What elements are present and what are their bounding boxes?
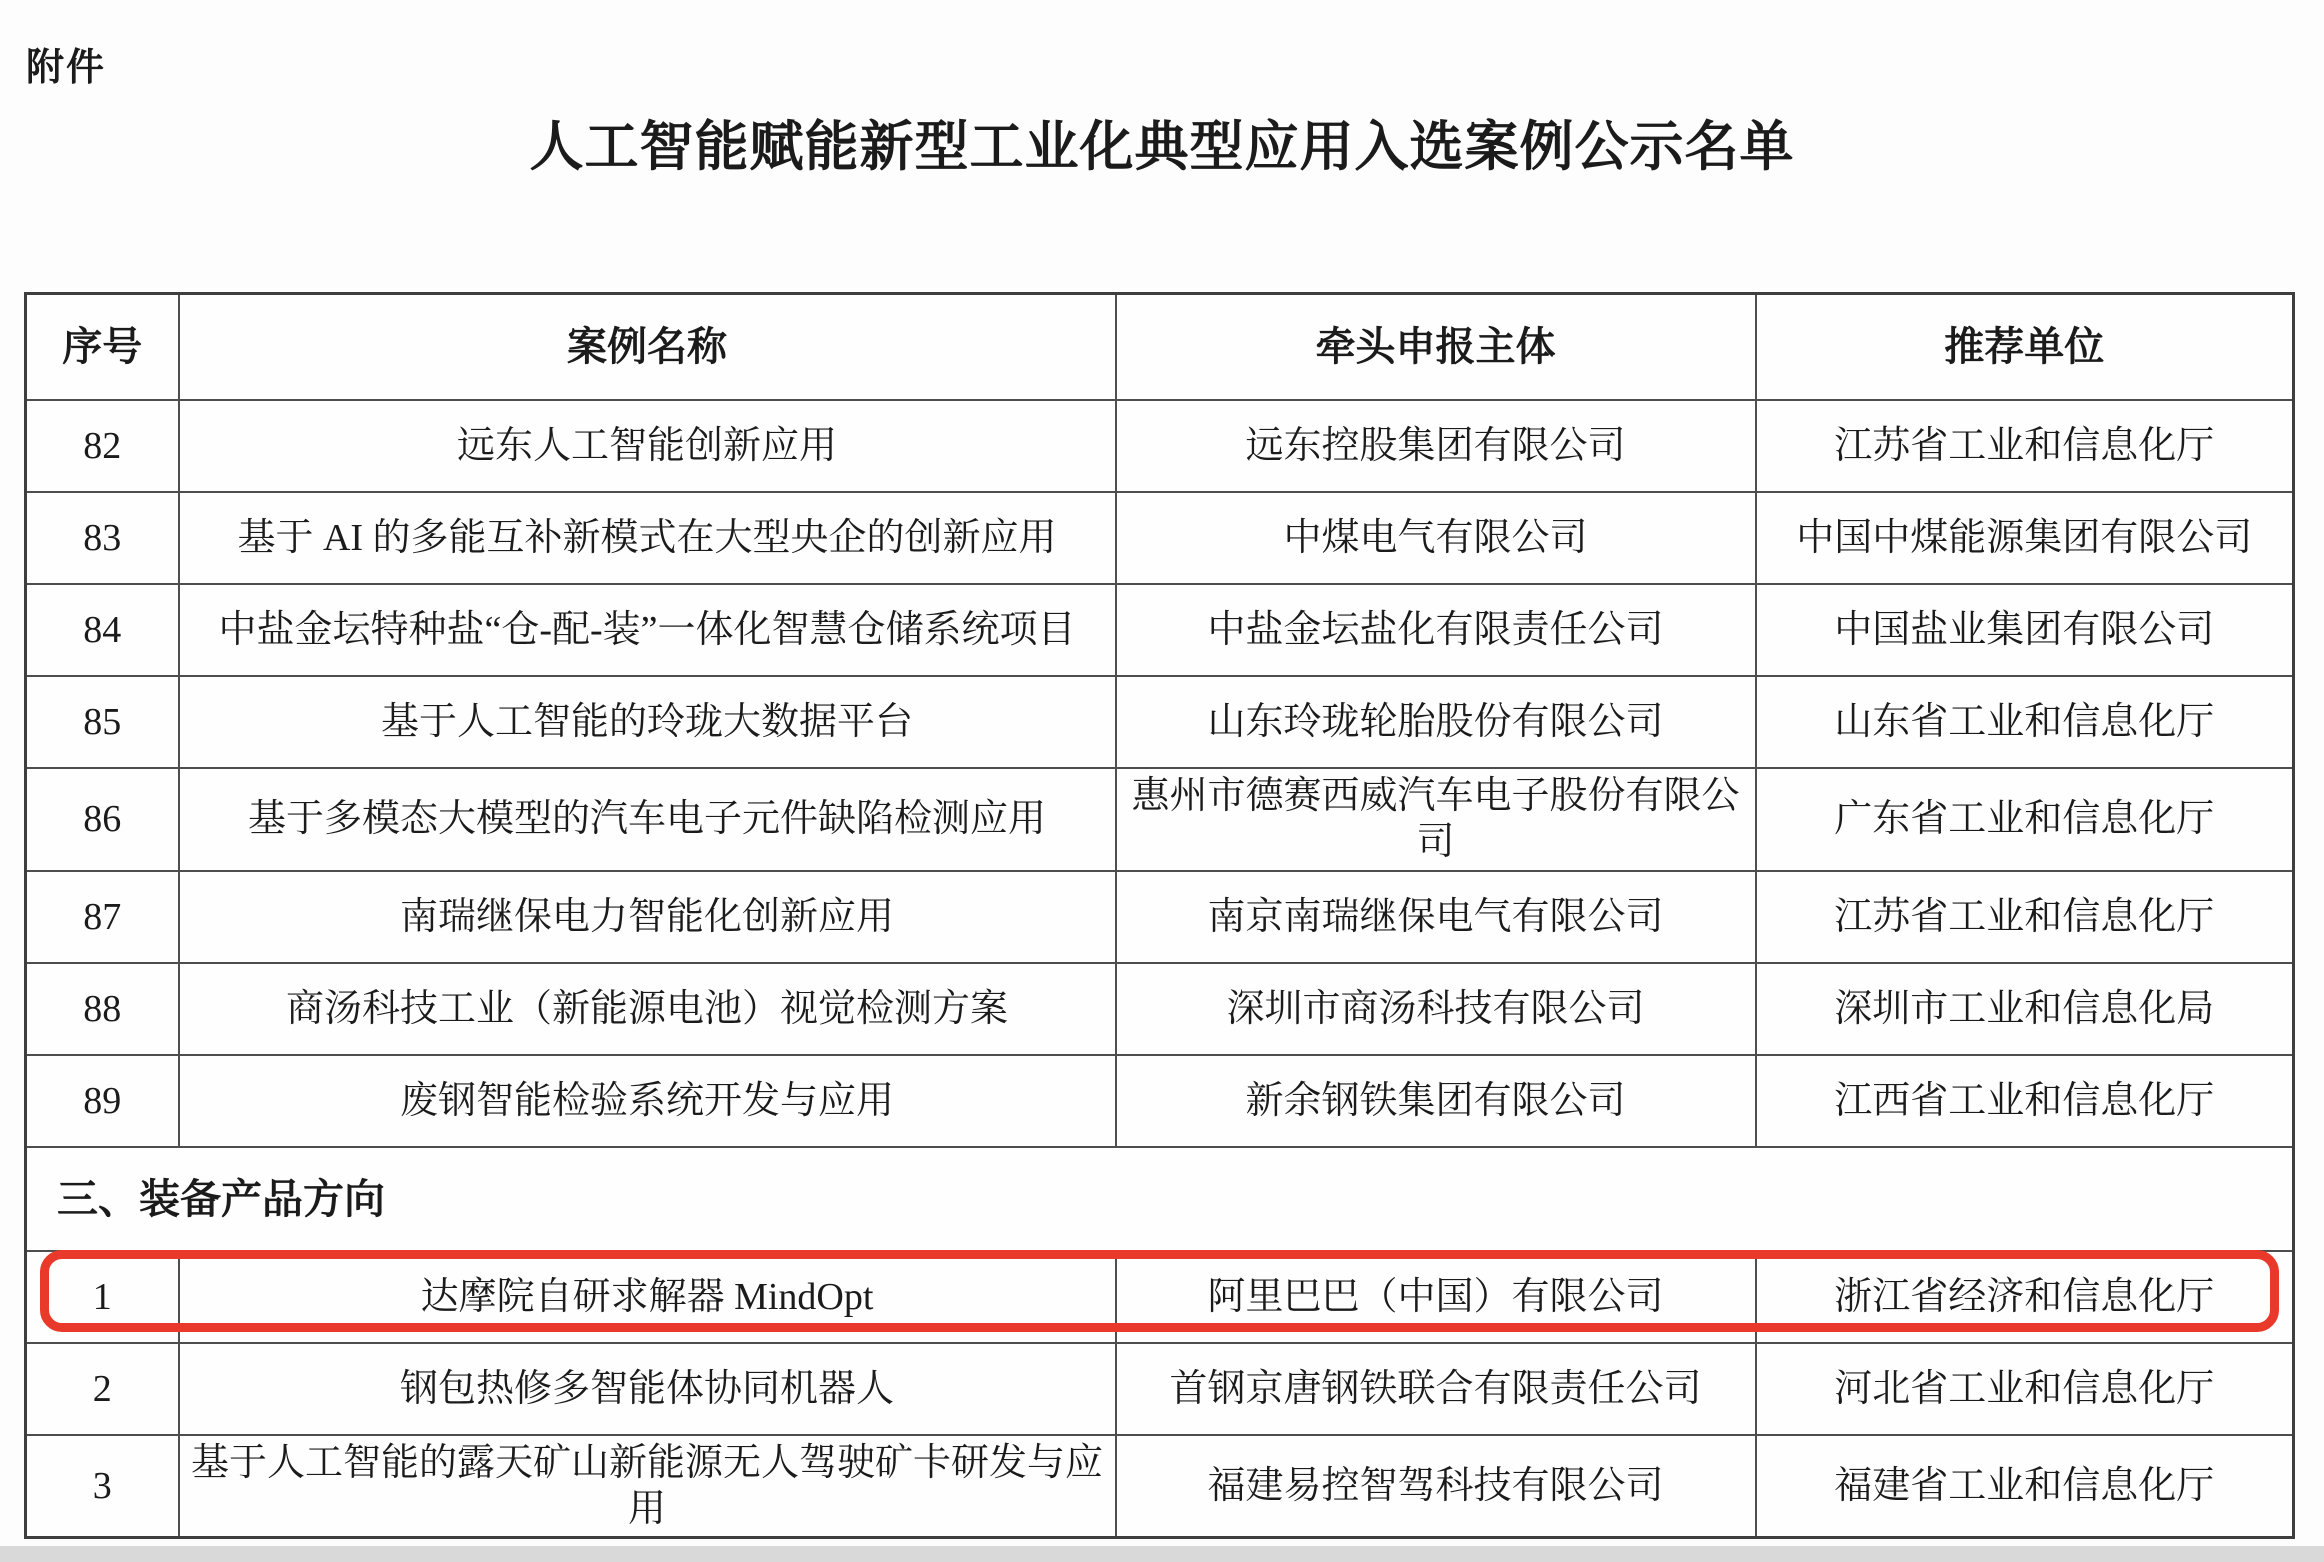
case-name-cell: 南瑞继保电力智能化创新应用 [179,871,1116,963]
applicant-cell: 福建易控智驾科技有限公司 [1116,1435,1756,1538]
column-header-recommender: 推荐单位 [1756,294,2294,401]
row-number-cell: 85 [26,676,179,768]
column-header-no: 序号 [26,294,179,401]
row-number-cell: 1 [26,1251,179,1343]
recommender-cell: 深圳市工业和信息化局 [1756,963,2294,1055]
applicant-cell: 新余钢铁集团有限公司 [1116,1055,1756,1147]
bottom-gray-strip [0,1546,2324,1562]
recommender-cell: 中国盐业集团有限公司 [1756,584,2294,676]
table-row: 1达摩院自研求解器 MindOpt阿里巴巴（中国）有限公司浙江省经济和信息化厅 [26,1251,2294,1343]
table-row: 82远东人工智能创新应用远东控股集团有限公司江苏省工业和信息化厅 [26,400,2294,492]
document-page: 附件 人工智能赋能新型工业化典型应用入选案例公示名单 序号 案例名称 牵头申报主… [0,0,2324,1562]
table-row: 88商汤科技工业（新能源电池）视觉检测方案深圳市商汤科技有限公司深圳市工业和信息… [26,963,2294,1055]
row-number-cell: 83 [26,492,179,584]
row-number-cell: 87 [26,871,179,963]
section-header-cell: 三、装备产品方向 [26,1147,2294,1251]
column-header-applicant: 牵头申报主体 [1116,294,1756,401]
case-name-cell: 远东人工智能创新应用 [179,400,1116,492]
row-number-cell: 89 [26,1055,179,1147]
row-number-cell: 86 [26,768,179,871]
table-header-row: 序号 案例名称 牵头申报主体 推荐单位 [26,294,2294,401]
applicant-cell: 中盐金坛盐化有限责任公司 [1116,584,1756,676]
case-name-cell: 基于多模态大模型的汽车电子元件缺陷检测应用 [179,768,1116,871]
applicant-cell: 阿里巴巴（中国）有限公司 [1116,1251,1756,1343]
recommender-cell: 中国中煤能源集团有限公司 [1756,492,2294,584]
row-number-cell: 2 [26,1343,179,1435]
row-number-cell: 88 [26,963,179,1055]
applicant-cell: 中煤电气有限公司 [1116,492,1756,584]
table-row: 89废钢智能检验系统开发与应用新余钢铁集团有限公司江西省工业和信息化厅 [26,1055,2294,1147]
row-number-cell: 84 [26,584,179,676]
recommender-cell: 江苏省工业和信息化厅 [1756,400,2294,492]
attachment-label: 附件 [26,36,106,91]
recommender-cell: 江苏省工业和信息化厅 [1756,871,2294,963]
table-row: 3基于人工智能的露天矿山新能源无人驾驶矿卡研发与应用福建易控智驾科技有限公司福建… [26,1435,2294,1538]
applicant-cell: 远东控股集团有限公司 [1116,400,1756,492]
applicant-cell: 首钢京唐钢铁联合有限责任公司 [1116,1343,1756,1435]
table-row: 85基于人工智能的玲珑大数据平台山东玲珑轮胎股份有限公司山东省工业和信息化厅 [26,676,2294,768]
applicant-cell: 惠州市德赛西威汽车电子股份有限公司 [1116,768,1756,871]
case-name-cell: 基于人工智能的玲珑大数据平台 [179,676,1116,768]
recommender-cell: 广东省工业和信息化厅 [1756,768,2294,871]
applicant-cell: 南京南瑞继保电气有限公司 [1116,871,1756,963]
case-name-cell: 商汤科技工业（新能源电池）视觉检测方案 [179,963,1116,1055]
recommender-cell: 江西省工业和信息化厅 [1756,1055,2294,1147]
column-header-case-name: 案例名称 [179,294,1116,401]
table-row: 83基于 AI 的多能互补新模式在大型央企的创新应用中煤电气有限公司中国中煤能源… [26,492,2294,584]
table-row: 84中盐金坛特种盐“仓-配-装”一体化智慧仓储系统项目中盐金坛盐化有限责任公司中… [26,584,2294,676]
case-name-cell: 达摩院自研求解器 MindOpt [179,1251,1116,1343]
applicant-cell: 山东玲珑轮胎股份有限公司 [1116,676,1756,768]
table-row: 87南瑞继保电力智能化创新应用南京南瑞继保电气有限公司江苏省工业和信息化厅 [26,871,2294,963]
case-name-cell: 基于 AI 的多能互补新模式在大型央企的创新应用 [179,492,1116,584]
row-number-cell: 3 [26,1435,179,1538]
cases-table: 序号 案例名称 牵头申报主体 推荐单位 82远东人工智能创新应用远东控股集团有限… [24,292,2295,1539]
recommender-cell: 河北省工业和信息化厅 [1756,1343,2294,1435]
page-title: 人工智能赋能新型工业化典型应用入选案例公示名单 [0,104,2324,181]
recommender-cell: 浙江省经济和信息化厅 [1756,1251,2294,1343]
case-name-cell: 钢包热修多智能体协同机器人 [179,1343,1116,1435]
case-name-cell: 基于人工智能的露天矿山新能源无人驾驶矿卡研发与应用 [179,1435,1116,1538]
recommender-cell: 福建省工业和信息化厅 [1756,1435,2294,1538]
section-header-row: 三、装备产品方向 [26,1147,2294,1251]
row-number-cell: 82 [26,400,179,492]
case-name-cell: 中盐金坛特种盐“仓-配-装”一体化智慧仓储系统项目 [179,584,1116,676]
applicant-cell: 深圳市商汤科技有限公司 [1116,963,1756,1055]
table-row: 86基于多模态大模型的汽车电子元件缺陷检测应用惠州市德赛西威汽车电子股份有限公司… [26,768,2294,871]
table-row: 2钢包热修多智能体协同机器人首钢京唐钢铁联合有限责任公司河北省工业和信息化厅 [26,1343,2294,1435]
case-name-cell: 废钢智能检验系统开发与应用 [179,1055,1116,1147]
recommender-cell: 山东省工业和信息化厅 [1756,676,2294,768]
